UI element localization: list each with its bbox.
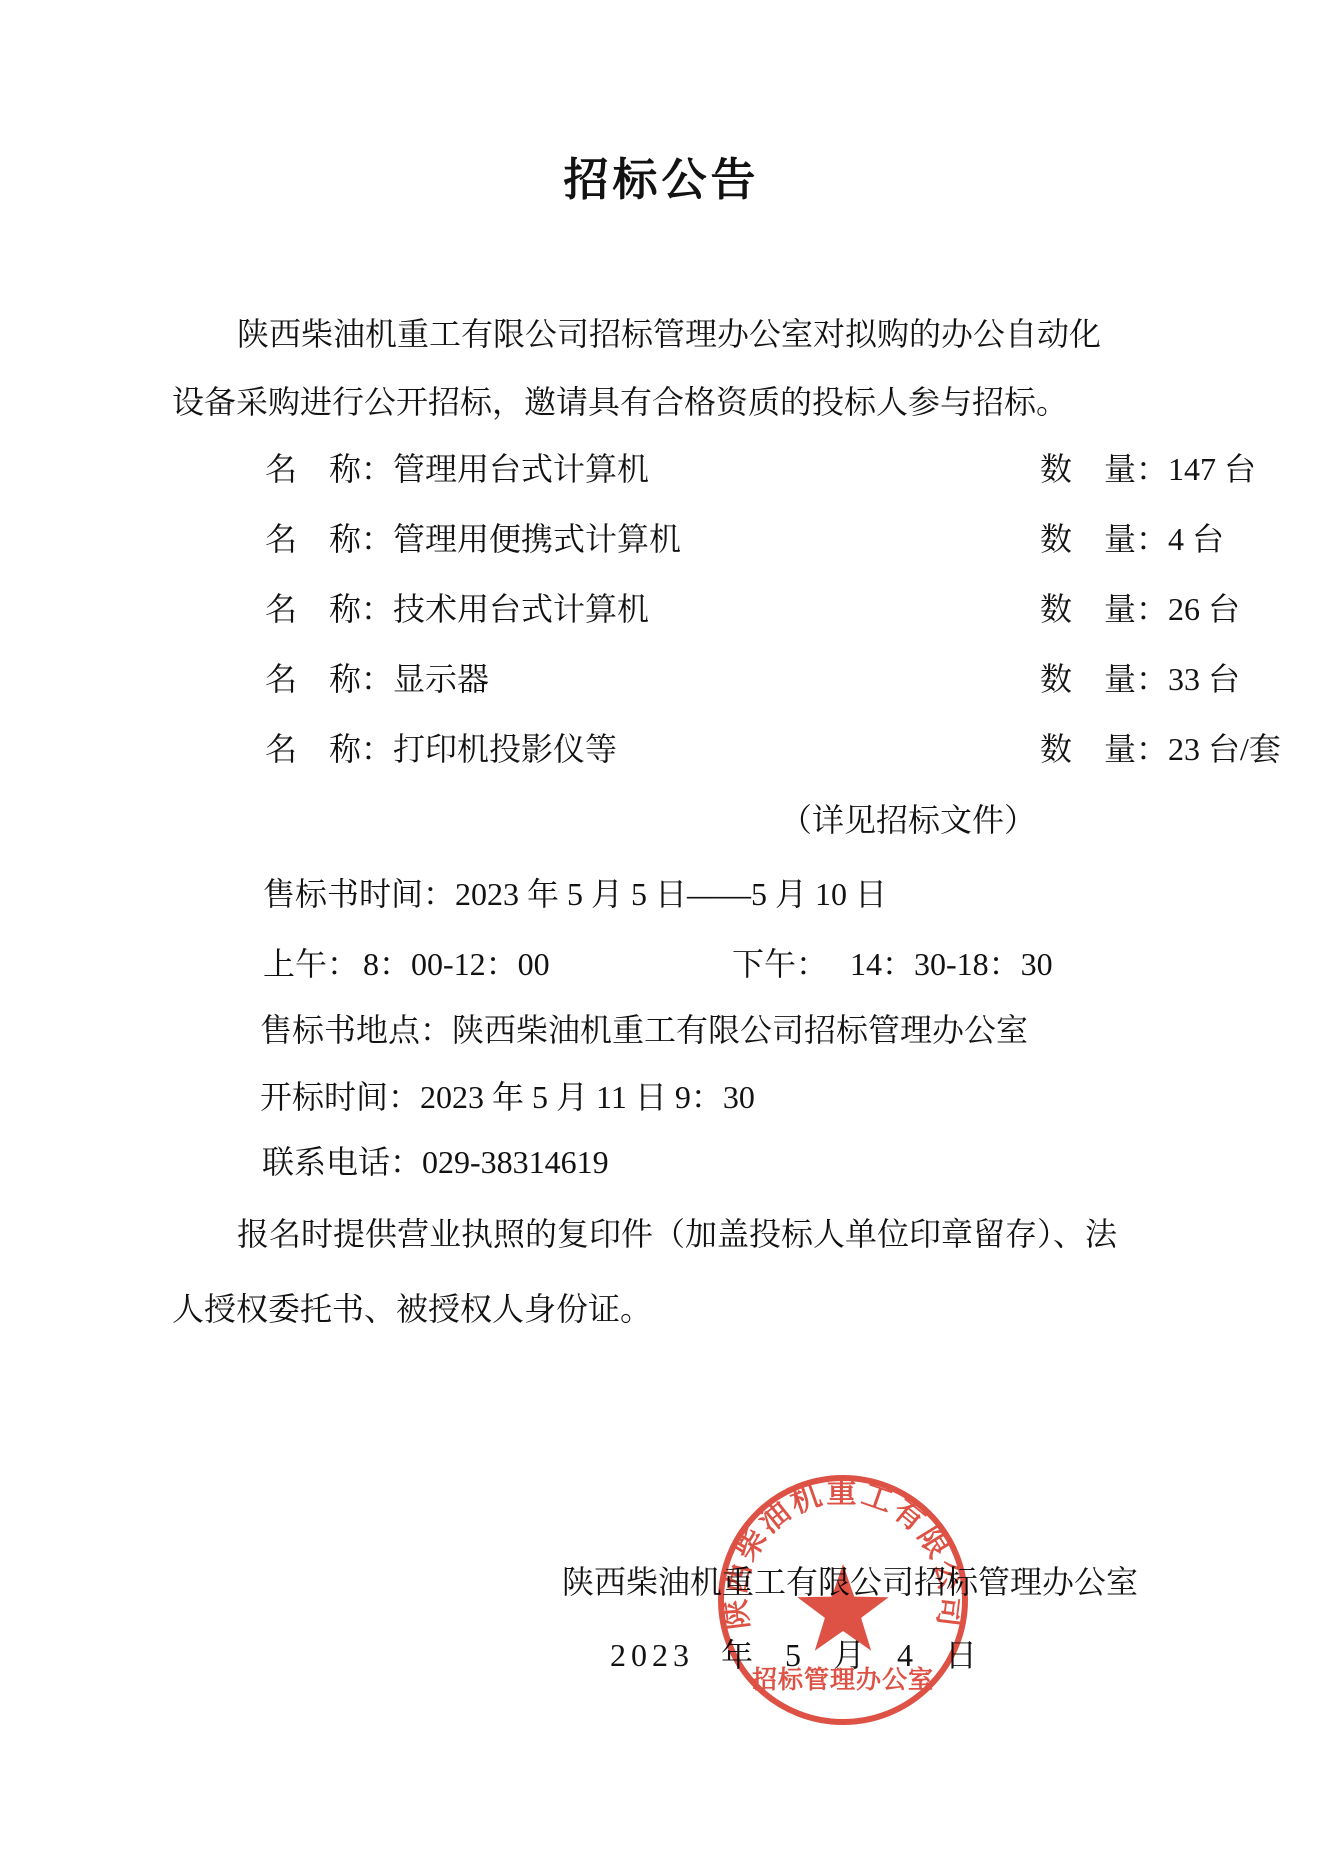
item-qty-label: 数 量：: [1040, 521, 1168, 557]
document-page: 招标公告 陕西柴油机重工有限公司招标管理办公室对拟购的办公自动化 设备采购进行公…: [0, 0, 1323, 1871]
item-qty-label: 数 量：: [1040, 451, 1168, 487]
afternoon-time: 14：30-18：30: [850, 945, 1053, 983]
item-row: 名 称：打印机投影仪等 数 量：23 台/套: [265, 730, 1165, 770]
item-name: 管理用便携式计算机: [393, 521, 681, 557]
item-row: 名 称：管理用台式计算机 数 量：147 台: [265, 450, 1165, 490]
item-name-label: 名 称：: [265, 521, 393, 557]
item-qty-label: 数 量：: [1040, 661, 1168, 697]
afternoon-label: 下午：: [732, 945, 828, 983]
page-title: 招标公告: [0, 153, 1323, 207]
intro-line-1: 陕西柴油机重工有限公司招标管理办公室对拟购的办公自动化: [237, 315, 1101, 353]
item-qty: 33 台: [1168, 661, 1240, 697]
item-name-label: 名 称：: [265, 731, 393, 767]
item-qty: 4 台: [1168, 521, 1224, 557]
office-hours-line: 上午： 8：00-12：00 下午： 14：30-18：30: [263, 945, 1163, 985]
item-qty: 23 台/套: [1168, 731, 1281, 767]
contact-phone: 联系电话：029-38314619: [262, 1143, 609, 1181]
morning-time: 8：00-12：00: [363, 945, 550, 983]
item-qty: 147 台: [1168, 451, 1256, 487]
item-name: 显示器: [393, 661, 489, 697]
item-name-label: 名 称：: [265, 451, 393, 487]
item-name: 技术用台式计算机: [393, 591, 649, 627]
bid-sale-place: 售标书地点：陕西柴油机重工有限公司招标管理办公室: [260, 1011, 1028, 1049]
item-qty-label: 数 量：: [1040, 591, 1168, 627]
item-name: 打印机投影仪等: [393, 731, 617, 767]
item-row: 名 称：管理用便携式计算机 数 量：4 台: [265, 520, 1165, 560]
item-row: 名 称：技术用台式计算机 数 量：26 台: [265, 590, 1165, 630]
item-name-label: 名 称：: [265, 591, 393, 627]
requirements-line-2: 人授权委托书、被授权人身份证。: [172, 1290, 652, 1328]
bid-sale-time: 售标书时间：2023 年 5 月 5 日——5 月 10 日: [263, 875, 887, 913]
stamp-inner-text: 招标管理办公室: [752, 1665, 934, 1694]
see-tender-document-note: （详见招标文件）: [780, 801, 1036, 839]
item-row: 名 称：显示器 数 量：33 台: [265, 660, 1165, 700]
morning-label: 上午：: [263, 945, 359, 983]
stamp-star-icon: [797, 1564, 888, 1651]
intro-line-2: 设备采购进行公开招标，邀请具有合格资质的投标人参与招标。: [172, 383, 1068, 421]
item-name-label: 名 称：: [265, 661, 393, 697]
item-qty-label: 数 量：: [1040, 731, 1168, 767]
requirements-line-1: 报名时提供营业执照的复印件（加盖投标人单位印章留存）、法: [237, 1215, 1117, 1253]
item-name: 管理用台式计算机: [393, 451, 649, 487]
item-qty: 26 台: [1168, 591, 1240, 627]
company-stamp: 陕西柴油机重工有限公司 招标管理办公室: [693, 1450, 993, 1750]
bid-opening-time: 开标时间：2023 年 5 月 11 日 9：30: [260, 1078, 755, 1116]
